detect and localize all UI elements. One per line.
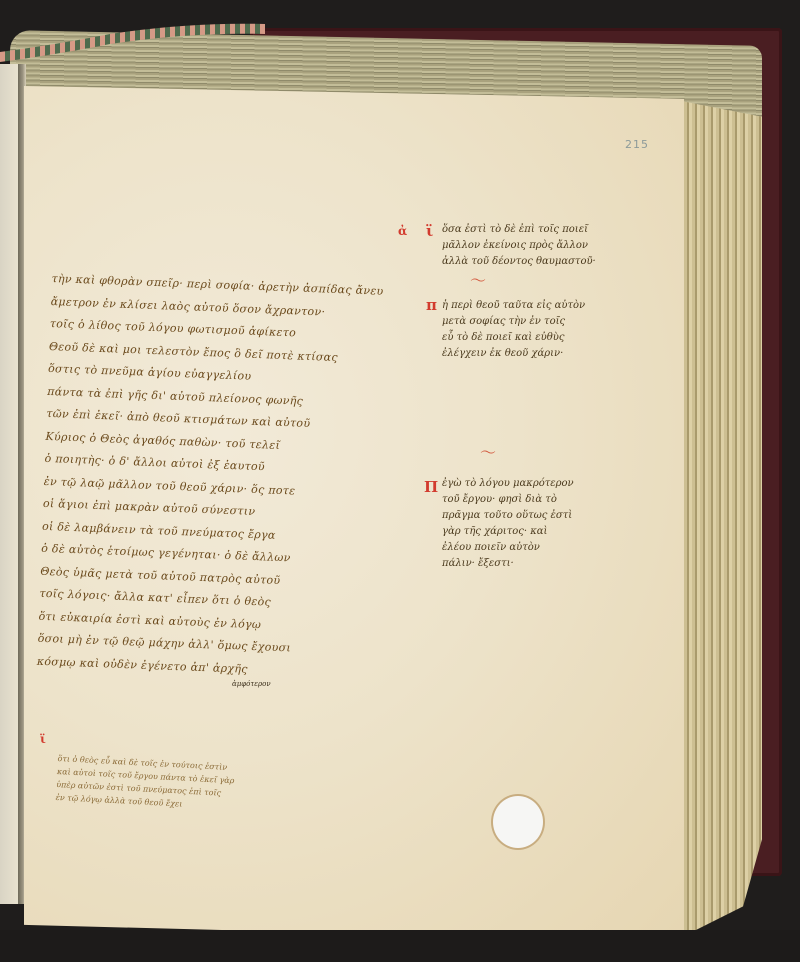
text-line: γὰρ τῆς χάριτος· καὶ (442, 524, 662, 540)
text-line: ἐλέγχειν ἐκ θεοῦ χάριν· (442, 346, 662, 362)
main-text-column: τὴν καὶ φθορὰν σπεῖρ· περὶ σοφία· ἀρετὴν… (36, 268, 421, 687)
marginal-block-1: ὅσα ἐστὶ τὸ δὲ ἐπὶ τοῖς ποιεῖ μᾶλλον ἐκε… (442, 222, 662, 270)
text-line: εὖ τὸ δὲ ποιεῖ καὶ εὐθὺς (442, 330, 662, 346)
margin-marker: ἀ (398, 224, 407, 238)
text-line: ἐλέου ποιεῖν αὐτὸν (442, 540, 662, 556)
marginal-block-3: ἐγὼ τὸ λόγου μακρότερον τοῦ ἔργου· φησὶ … (442, 476, 662, 572)
text-line: πρᾶγμα τοῦτο οὕτως ἐστὶ (442, 508, 662, 524)
marginal-block-2: ἡ περὶ θεοῦ ταῦτα εἰς αὐτὸν μετὰ σοφίας … (442, 298, 662, 362)
folio-number: 215 (625, 138, 649, 151)
parchment-hole (493, 796, 543, 848)
headband (0, 14, 265, 64)
fore-edge (676, 100, 762, 940)
text-line: πάλιν· ἔξεστι· (442, 556, 662, 572)
rubric-marker: ϊ (40, 732, 46, 746)
text-line: τοῦ ἔργου· φησὶ διὰ τὸ (442, 492, 662, 508)
ornament-icon: 〜 (470, 268, 486, 291)
rubric-marker: π (426, 296, 437, 314)
rubric-marker: ϊ (426, 222, 433, 240)
rubric-marker: Π (424, 478, 438, 496)
text-line: μᾶλλον ἐκείνοις πρὸς ἄλλον (442, 238, 662, 254)
text-line: ἡ περὶ θεοῦ ταῦτα εἰς αὐτὸν (442, 298, 662, 314)
text-line: ἐγὼ τὸ λόγου μακρότερον (442, 476, 662, 492)
ornament-icon: 〜 (480, 440, 496, 463)
text-line: μετὰ σοφίας τὴν ἐν τοῖς (442, 314, 662, 330)
text-line: ὅσα ἐστὶ τὸ δὲ ἐπὶ τοῖς ποιεῖ (442, 222, 662, 238)
background-shadow (0, 930, 800, 962)
manuscript-photo: 215 τὴν καὶ φθορὰν σπεῖρ· περὶ σοφία· ἀρ… (0, 0, 800, 962)
interlinear-gloss: ἀμφότερον (232, 680, 271, 688)
